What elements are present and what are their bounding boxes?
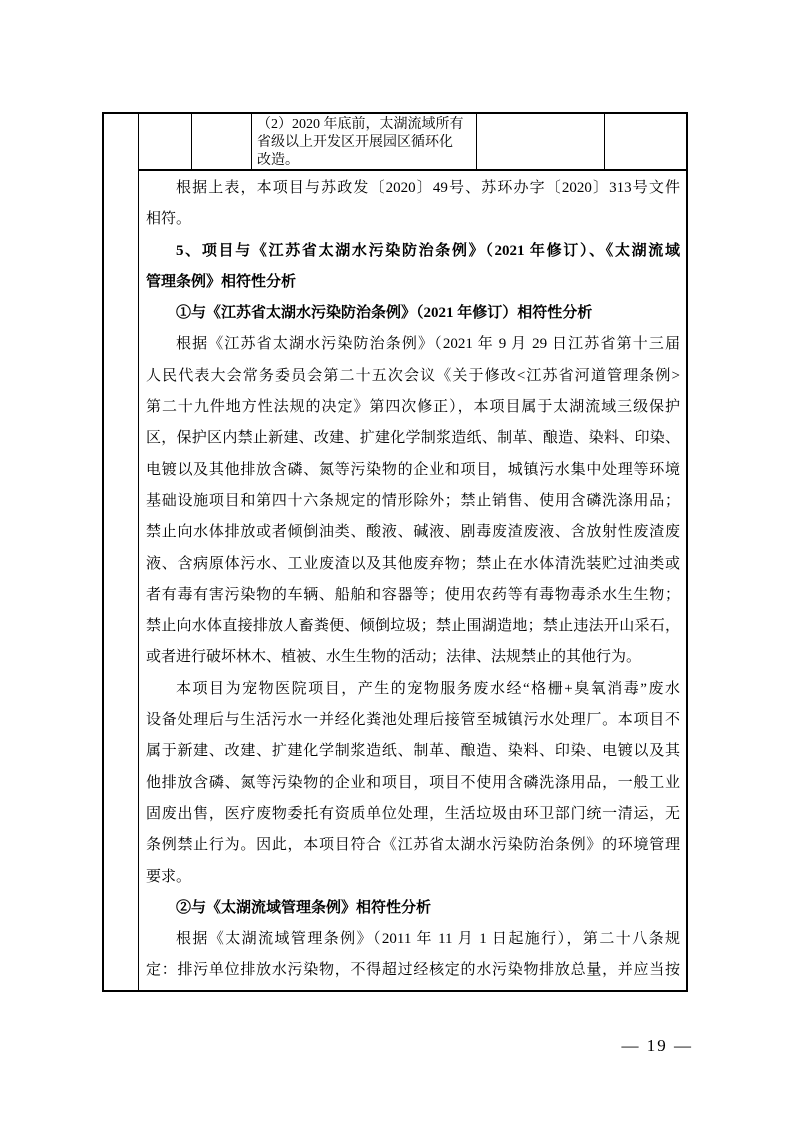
paragraph-line: 定：排污单位排放水污染物，不得超过经核定的水污染物排放总量，并应当按 <box>146 955 680 986</box>
paragraph-line: 设备处理后与生活污水一并经化粪池处理后接管至城镇污水处理厂。本项目不 <box>146 705 680 736</box>
document-page: { "page": { "number_label": "— 19 —" }, … <box>0 0 793 1122</box>
paragraph-line: 电镀以及其他排放含磷、氮等污染物的企业和项目，城镇污水集中处理等环境 <box>146 455 680 486</box>
paragraph-line: 相符。 <box>146 204 680 235</box>
table-column-divider <box>191 114 192 169</box>
paragraph-line: 液、含病原体污水、工业废渣以及其他废弃物；禁止在水体清洗装贮过油类或 <box>146 549 680 580</box>
form-outer-border: （2）2020 年底前，太湖流域所有省级以上开发区开展园区循环化改造。 根据上表… <box>102 112 688 992</box>
table-cell-measure-text: （2）2020 年底前，太湖流域所有省级以上开发区开展园区循环化改造。 <box>252 114 484 169</box>
page-number: — 19 — <box>622 1036 694 1056</box>
paragraph-line: 或者进行破坏林木、植被、水生生物的活动；法律、法规禁止的其他行为。 <box>146 642 680 673</box>
paragraph-line: 禁止向水体排放或者倾倒油类、酸液、碱液、剧毒废渣废液、含放射性废渣废 <box>146 517 680 548</box>
paragraph-line: 根据《太湖流域管理条例》（2011 年 11 月 1 日起施行），第二十八条规 <box>146 924 680 955</box>
paragraph-line: 他排放含磷、氮等污染物的企业和项目，项目不使用含磷洗涤用品，一般工业 <box>146 768 680 799</box>
form-left-column <box>104 114 139 990</box>
paragraph-line: 禁止向水体直接排放人畜粪便、倾倒垃圾；禁止围湖造地；禁止违法开山采石， <box>146 611 680 642</box>
paragraph-line: 基础设施项目和第四十六条规定的情形除外；禁止销售、使用含磷洗涤用品； <box>146 486 680 517</box>
table-cell-line: 省级以上开发区开展园区循环化 <box>257 134 480 152</box>
paragraph-line: 条例禁止行为。因此，本项目符合《江苏省太湖水污染防治条例》的环境管理 <box>146 830 680 861</box>
heading-line: ①与《江苏省太湖水污染防治条例》（2021 年修订）相符性分析 <box>146 298 680 329</box>
paragraph-line: 本项目为宠物医院项目，产生的宠物服务废水经“格栅+臭氧消毒”废水 <box>146 674 680 705</box>
paragraph-line: 根据上表，本项目与苏政发〔2020〕49号、苏环办字〔2020〕313号文件 <box>146 173 680 204</box>
paragraph-line: 区，保护区内禁止新建、改建、扩建化学制浆造纸、制革、酿造、染料、印染、 <box>146 423 680 454</box>
paragraph-line: 属于新建、改建、扩建化学制浆造纸、制革、酿造、染料、印染、电镀以及其 <box>146 736 680 767</box>
paragraph-line: 者有毒有害污染物的车辆、船舶和容器等；使用农药等有毒物毒杀水生生物； <box>146 580 680 611</box>
heading-line: 5、项目与《江苏省太湖水污染防治条例》（2021 年修订）、《太湖流域 <box>146 236 680 267</box>
paragraph-line: 要求。 <box>146 862 680 893</box>
carryover-table: （2）2020 年底前，太湖流域所有省级以上开发区开展园区循环化改造。 <box>139 114 686 171</box>
paragraph-line: 根据《江苏省太湖水污染防治条例》（2021 年 9 月 29 日江苏省第十三届 <box>146 329 680 360</box>
paragraph-line: 固废出售，医疗废物委托有资质单位处理，生活垃圾由环卫部门统一清运，无 <box>146 799 680 830</box>
heading-line: 管理条例》相符性分析 <box>146 267 680 298</box>
heading-line: ②与《太湖流域管理条例》相符性分析 <box>146 893 680 924</box>
table-column-divider <box>604 114 605 169</box>
paragraph-line: 人民代表大会常务委员会第二十五次会议《关于修改<江苏省河道管理条例> <box>146 361 680 392</box>
table-cell-line: 改造。 <box>257 152 480 170</box>
paragraph-line: 第二十九件地方性法规的决定》第四次修正），本项目属于太湖流域三级保护 <box>146 392 680 423</box>
body-text: 根据上表，本项目与苏政发〔2020〕49号、苏环办字〔2020〕313号文件相符… <box>139 171 686 990</box>
table-cell-line: （2）2020 年底前，太湖流域所有 <box>257 116 480 134</box>
